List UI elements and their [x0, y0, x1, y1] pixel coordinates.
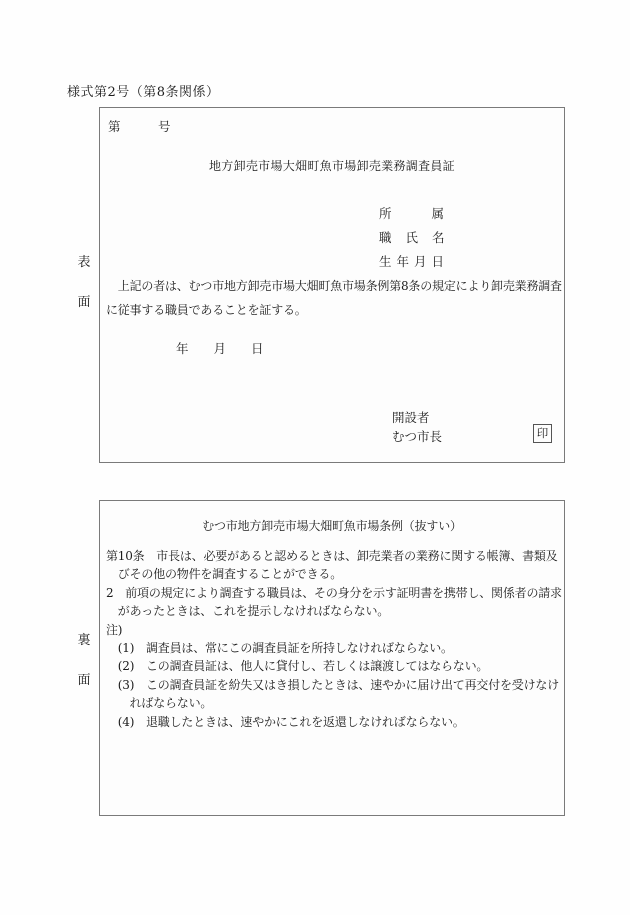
- front-side-label-char-1: 表: [76, 256, 92, 270]
- ordinance-line: があったときは、これを提示しなければならない。: [106, 602, 562, 620]
- ordinance-line: (3) この調査員証を紛失又はき損したときは、速やかに届け出て再交付を受けなけ: [106, 676, 562, 694]
- back-side-label-char-2: 面: [76, 674, 92, 688]
- front-side-label-char-2: 面: [76, 296, 92, 310]
- seal-mark: 印: [533, 424, 552, 443]
- back-side-label: 裏 面: [76, 634, 92, 688]
- certificate-number: 第 号: [108, 117, 171, 135]
- ordinance-text-block: 第10条 市長は、必要があると認めるときは、卸売業者の業務に関する帳簿、書類及 …: [106, 547, 562, 731]
- ordinance-line: 2 前項の規定により調査する職員は、その身分を示す証明書を携帯し、関係者の請求: [106, 584, 562, 602]
- certificate-back-card: むつ市地方卸売市場大畑町魚市場条例（抜すい） 第10条 市長は、必要があると認め…: [99, 500, 565, 816]
- certification-text-line-1: 上記の者は、むつ市地方卸売市場大畑町魚市場条例第8条の規定により卸売業務調査: [106, 277, 562, 294]
- ordinance-line: ればならない。: [106, 694, 562, 712]
- ordinance-line: 第10条 市長は、必要があると認めるときは、卸売業者の業務に関する帳簿、書類及: [106, 547, 562, 565]
- ordinance-title: むつ市地方卸売市場大畑町魚市場条例（抜すい）: [100, 517, 564, 534]
- certification-text-line-2: に従事する職員であることを証する。: [106, 301, 307, 318]
- front-side-label: 表 面: [76, 256, 92, 310]
- ordinance-line: (2) この調査員証は、他人に貸付し、若しくは譲渡してはならない。: [106, 657, 562, 675]
- field-label-position-name: 職 氏 名: [379, 228, 449, 246]
- issuer-name: むつ市長: [392, 427, 442, 445]
- document-page: 様式第2号（第8条関係） 表 面 第 号 地方卸売市場大畑町魚市場卸売業務調査員…: [0, 0, 630, 915]
- certificate-title: 地方卸売市場大畑町魚市場卸売業務調査員証: [100, 157, 564, 174]
- ordinance-line: (1) 調査員は、常にこの調査員証を所持しなければならない。: [106, 639, 562, 657]
- ordinance-line: (4) 退職したときは、速やかにこれを返還しなければならない。: [106, 713, 562, 731]
- date-line: 年 月 日: [176, 339, 264, 357]
- certificate-front-card: 第 号 地方卸売市場大畑町魚市場卸売業務調査員証 所 属 職 氏 名 生年月日 …: [99, 107, 565, 463]
- ordinance-line: 注): [106, 621, 562, 639]
- form-number-label: 様式第2号（第8条関係）: [67, 81, 220, 100]
- issuer-title: 開設者: [392, 408, 430, 426]
- field-label-affiliation: 所 属: [379, 204, 449, 222]
- field-label-birthdate: 生年月日: [379, 252, 449, 270]
- ordinance-line: びその他の物件を調査することができる。: [106, 565, 562, 583]
- back-side-label-char-1: 裏: [76, 634, 92, 648]
